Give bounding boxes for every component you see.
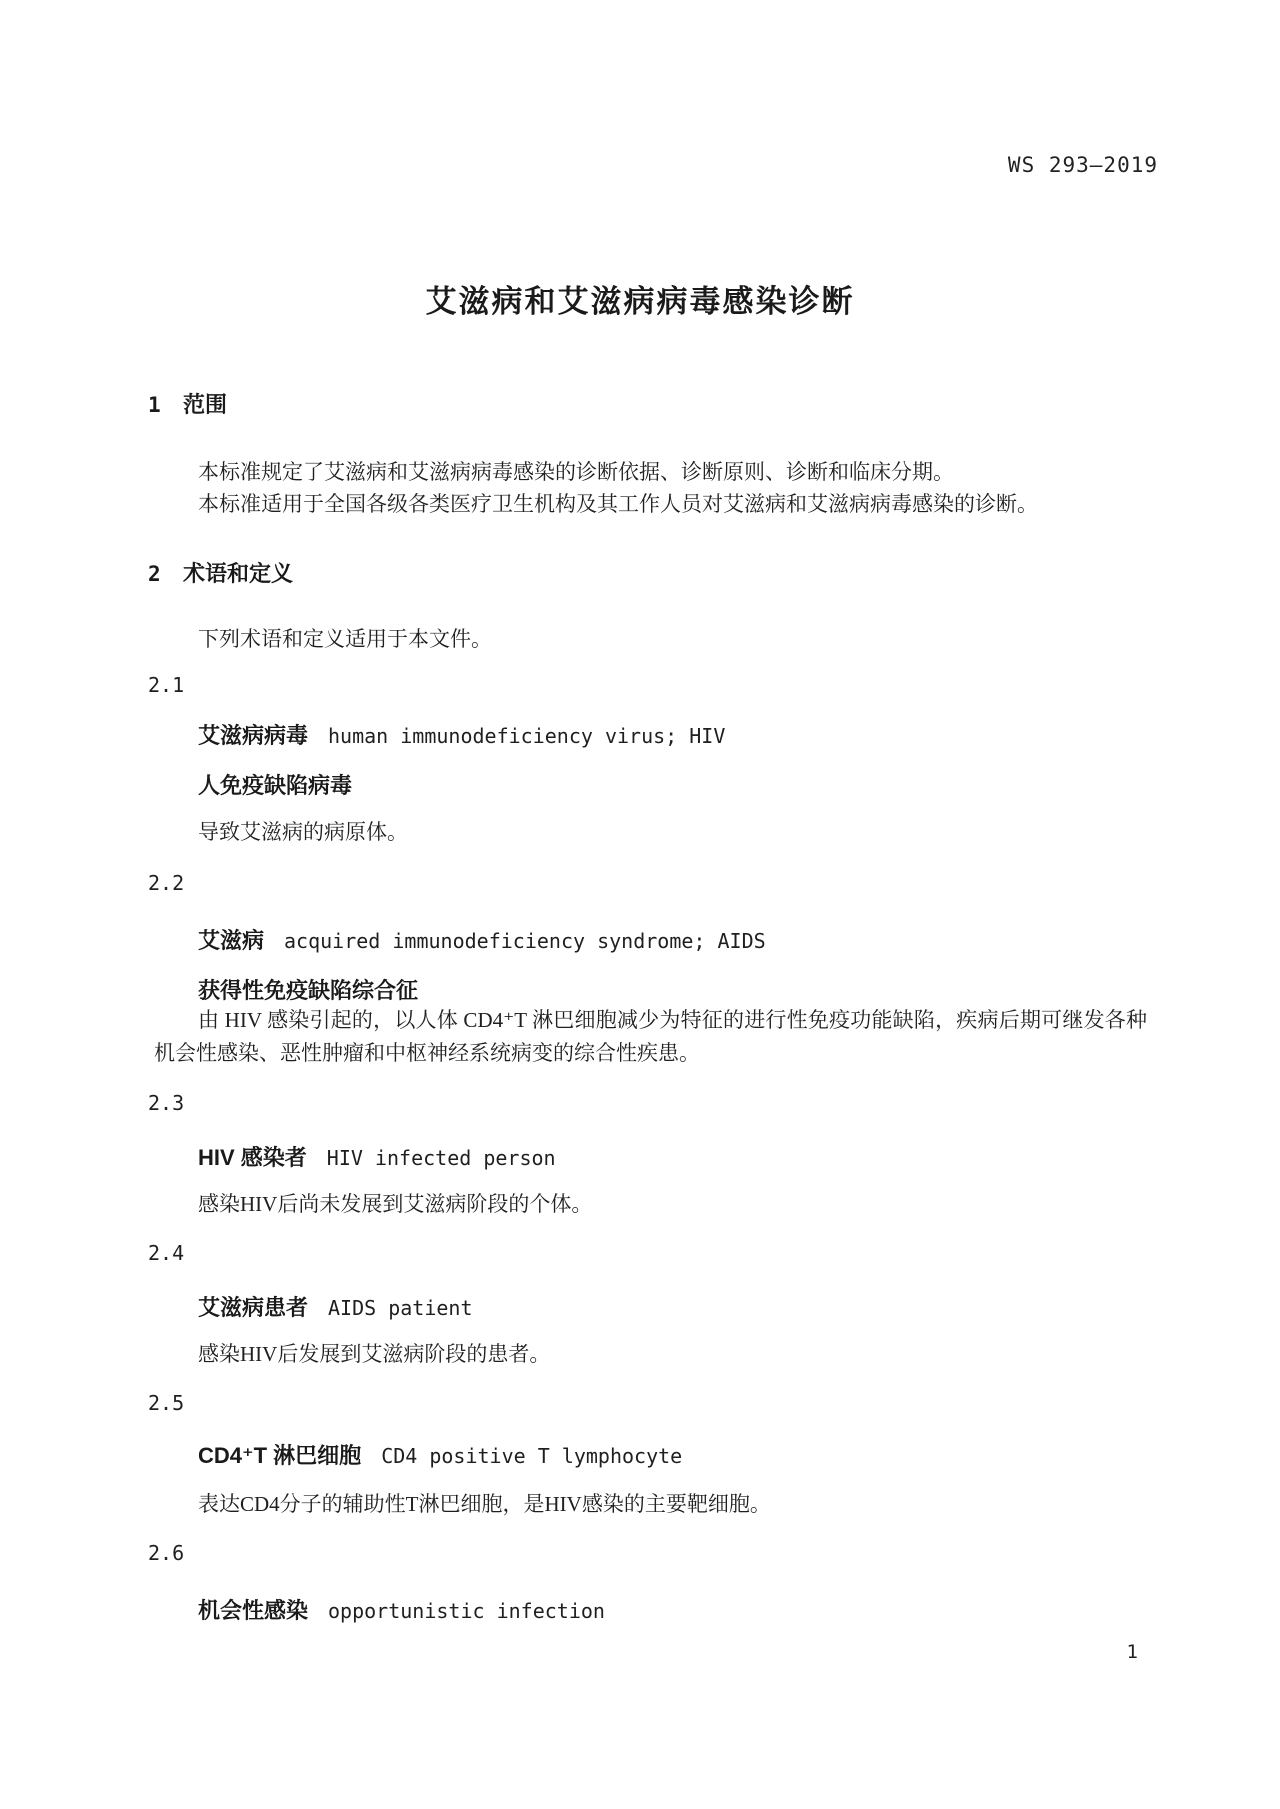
term-2-3-english: HIV infected person xyxy=(327,1146,556,1170)
page-number: 1 xyxy=(1127,1641,1138,1663)
term-2-1-definition: 导致艾滋病的病原体。 xyxy=(154,816,1147,849)
section-1-heading: 1范围 xyxy=(148,388,227,419)
term-2-5-number: 2.5 xyxy=(148,1391,184,1415)
term-2-1-number: 2.1 xyxy=(148,673,184,697)
term-2-1-line: 艾滋病病毒human immunodeficiency virus; HIV xyxy=(198,719,725,750)
section-1-title: 范围 xyxy=(183,392,227,417)
term-2-4-english: AIDS patient xyxy=(328,1296,473,1320)
term-2-6-number: 2.6 xyxy=(148,1541,184,1565)
term-2-2-definition: 由 HIV 感染引起的，以人体 CD4⁺T 淋巴细胞减少为特征的进行性免疫功能缺… xyxy=(154,1004,1147,1070)
scope-paragraph-2: 本标准适用于全国各级各类医疗卫生机构及其工作人员对艾滋病和艾滋病病毒感染的诊断。 xyxy=(154,488,1147,521)
term-2-4-chinese: 艾滋病患者 xyxy=(198,1295,308,1320)
term-2-3-line: HIV 感染者HIV infected person xyxy=(198,1141,556,1172)
term-2-5-definition: 表达CD4分子的辅助性T淋巴细胞，是HIV感染的主要靶细胞。 xyxy=(154,1488,1147,1521)
document-page: WS 293—2019 艾滋病和艾滋病病毒感染诊断 1范围 本标准规定了艾滋病和… xyxy=(0,0,1280,1809)
term-2-1-chinese: 艾滋病病毒 xyxy=(198,723,308,748)
term-2-5-line: CD4⁺T 淋巴细胞CD4 positive T lymphocyte xyxy=(198,1439,682,1470)
term-2-3-chinese: HIV 感染者 xyxy=(198,1145,307,1170)
term-2-2-line: 艾滋病acquired immunodeficiency syndrome; A… xyxy=(198,924,766,955)
term-2-4-line: 艾滋病患者AIDS patient xyxy=(198,1291,473,1322)
term-2-5-english: CD4 positive T lymphocyte xyxy=(381,1444,682,1468)
term-2-3-number: 2.3 xyxy=(148,1091,184,1115)
term-2-6-english: opportunistic infection xyxy=(328,1599,605,1623)
term-2-1-english: human immunodeficiency virus; HIV xyxy=(328,724,725,748)
section-1-number: 1 xyxy=(148,393,183,417)
term-2-3-definition: 感染HIV后尚未发展到艾滋病阶段的个体。 xyxy=(154,1188,1147,1221)
term-2-1-alias: 人免疫缺陷病毒 xyxy=(198,769,352,800)
term-2-6-chinese: 机会性感染 xyxy=(198,1598,308,1623)
term-2-2-number: 2.2 xyxy=(148,871,184,895)
term-2-2-chinese: 艾滋病 xyxy=(198,928,264,953)
section-2-heading: 2术语和定义 xyxy=(148,557,293,588)
standard-reference: WS 293—2019 xyxy=(1008,153,1158,177)
section-2-title: 术语和定义 xyxy=(183,561,293,586)
term-2-4-definition: 感染HIV后发展到艾滋病阶段的患者。 xyxy=(154,1338,1147,1371)
document-title: 艾滋病和艾滋病病毒感染诊断 xyxy=(0,276,1280,321)
section-2-number: 2 xyxy=(148,562,183,586)
scope-paragraph-1: 本标准规定了艾滋病和艾滋病病毒感染的诊断依据、诊断原则、诊断和临床分期。 xyxy=(154,456,1147,489)
term-2-2-english: acquired immunodeficiency syndrome; AIDS xyxy=(284,929,766,953)
term-2-6-line: 机会性感染opportunistic infection xyxy=(198,1594,605,1625)
term-2-5-chinese: CD4⁺T 淋巴细胞 xyxy=(198,1443,361,1468)
term-2-2-alias: 获得性免疫缺陷综合征 xyxy=(198,974,418,1005)
term-2-4-number: 2.4 xyxy=(148,1241,184,1265)
terms-intro-paragraph: 下列术语和定义适用于本文件。 xyxy=(154,623,1147,656)
